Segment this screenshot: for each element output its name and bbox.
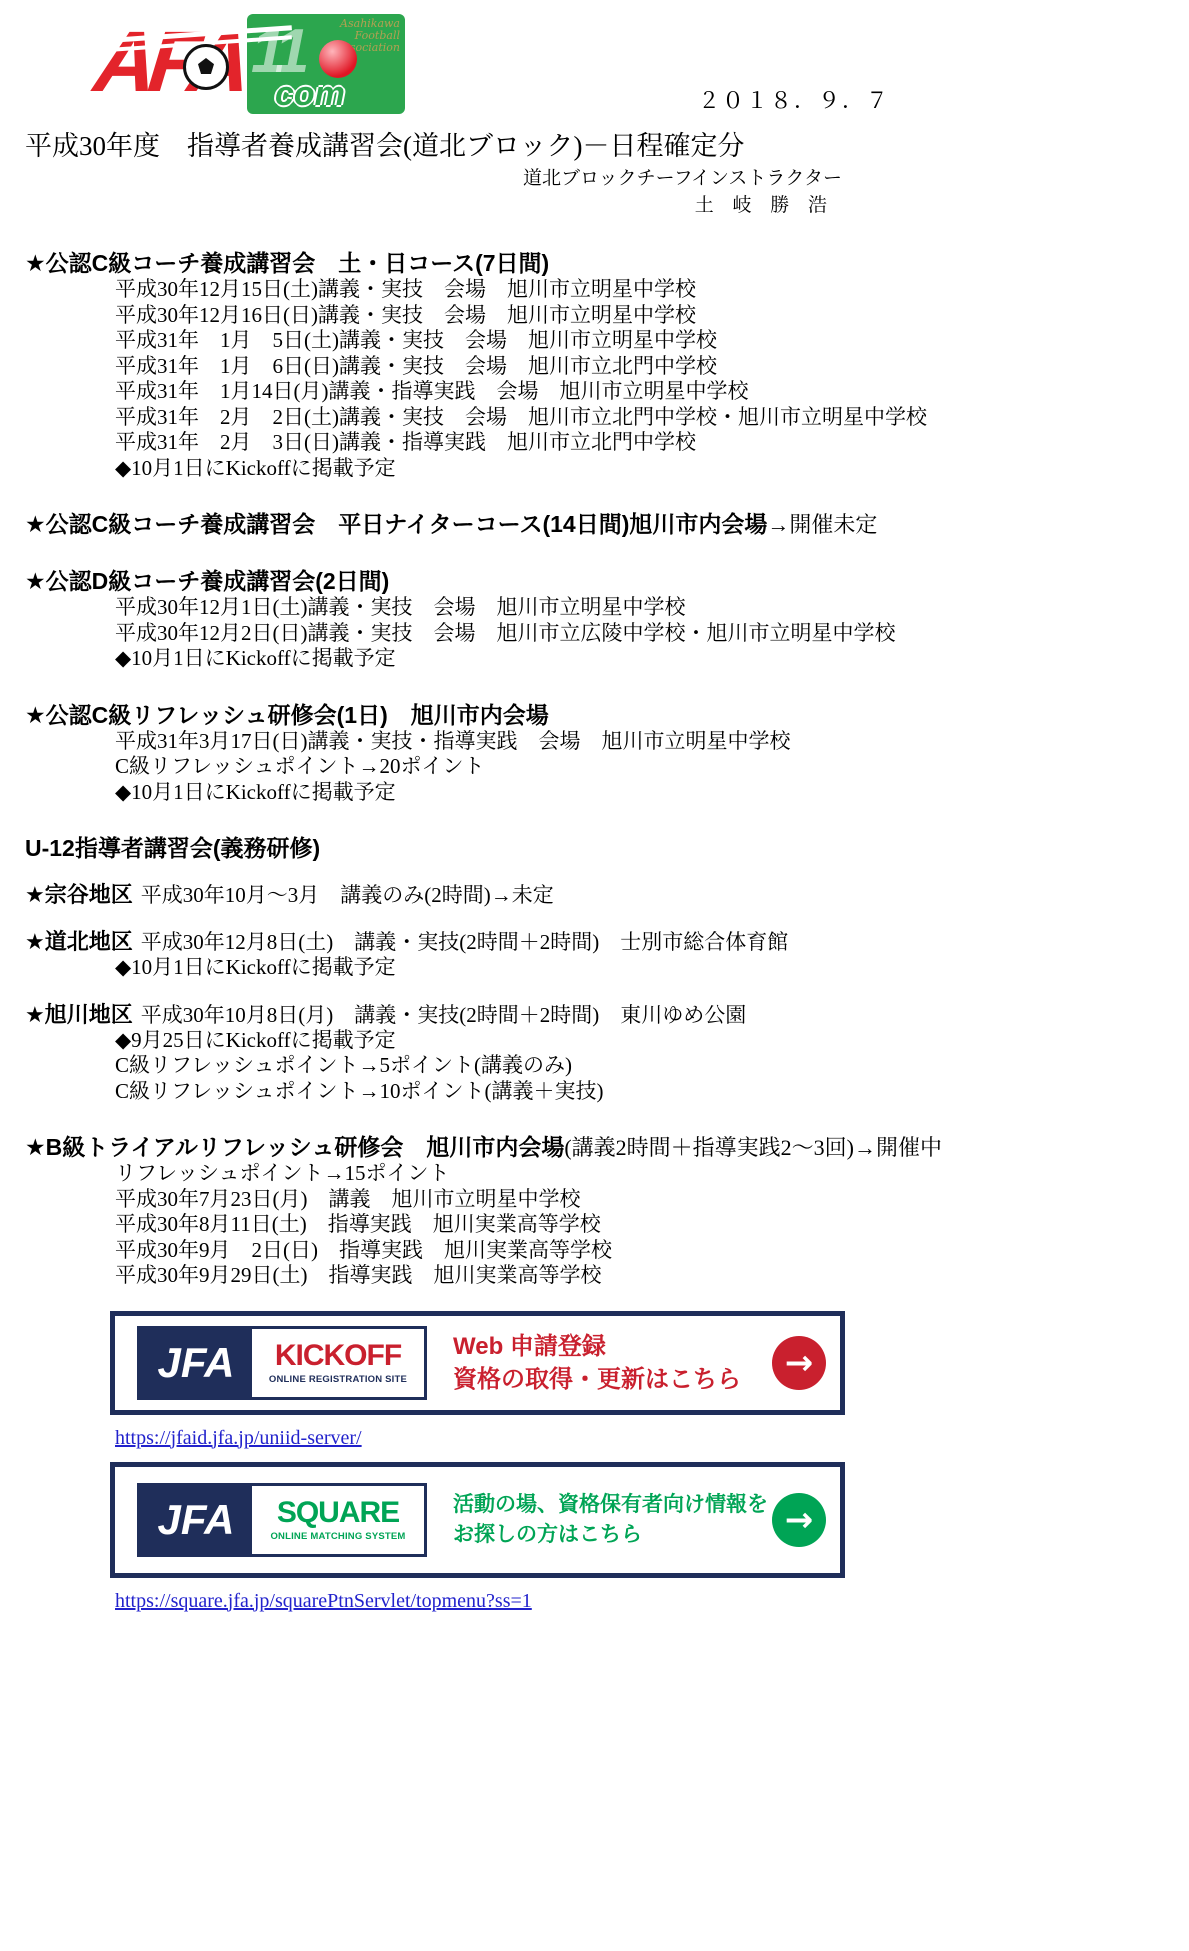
square-tagline: ONLINE MATCHING SYSTEM: [270, 1531, 405, 1542]
schedule-line: 平成31年 1月 5日(土)講義・実技 会場 旭川市立明星中学校: [115, 328, 1164, 354]
afa-logo: Asahikawa Football Association 11 com AF…: [95, 10, 410, 116]
section-heading: ★B級トライアルリフレッシュ研修会 旭川市内会場(講義2時間＋指導実践2～3回)…: [25, 1134, 1164, 1161]
kickoff-note: ◆10月1日にKickoffに掲載予定: [115, 955, 1164, 981]
refresh-points-line: リフレッシュポイント→15ポイント: [115, 1161, 1164, 1187]
section-heading: ★公認D級コーチ養成講習会(2日間): [25, 568, 1164, 595]
logo-com-text: com: [275, 75, 345, 114]
district-info: 平成30年10月～3月 講義のみ(2時間)→未定: [141, 883, 554, 907]
schedule-line: 平成30年12月1日(土)講義・実技 会場 旭川市立明星中学校: [115, 595, 1164, 621]
section-c-class-weekend: ★公認C級コーチ養成講習会 土・日コース(7日間) 平成30年12月15日(土)…: [25, 250, 1164, 481]
jfa-kickoff-logo: JFA KICKOFF ONLINE REGISTRATION SITE: [137, 1326, 427, 1400]
right-arrow-icon: →: [772, 1493, 826, 1547]
refresh-points-line: C級リフレッシュポイント→20ポイント: [115, 754, 1164, 780]
schedule-line: 平成31年 2月 2日(土)講義・実技 会場 旭川市立北門中学校・旭川市立明星中…: [115, 405, 1164, 431]
district-info: 平成30年12月8日(土) 講義・実技(2時間＋2時間) 士別市総合体育館: [141, 930, 788, 954]
section-u12: U‐12指導者講習会(義務研修) ★宗谷地区平成30年10月～3月 講義のみ(2…: [25, 835, 1164, 1104]
kickoff-note: ◆10月1日にKickoffに掲載予定: [115, 646, 1164, 672]
section-c-class-nighter: ★公認C級コーチ養成講習会 平日ナイターコース(14日間)旭川市内会場→開催未定: [25, 511, 1164, 538]
document-date: ２０１８．９．７: [698, 84, 890, 115]
red-ball-icon: [319, 40, 357, 78]
jfa-logo-text: JFA: [140, 1329, 252, 1397]
kickoff-link[interactable]: https://jfaid.jfa.jp/uniid-server/: [115, 1427, 362, 1450]
document-header: Asahikawa Football Association 11 com AF…: [25, 0, 1164, 238]
district-name: ★道北地区: [25, 929, 133, 954]
section-heading: U‐12指導者講習会(義務研修): [25, 835, 1164, 861]
schedule-line: 平成31年3月17日(日)講義・実技・指導実践 会場 旭川市立明星中学校: [115, 729, 1164, 755]
right-arrow-icon: →: [772, 1336, 826, 1390]
jfa-logo-text: JFA: [140, 1486, 252, 1554]
district-line-dohoku: ★道北地区平成30年12月8日(土) 講義・実技(2時間＋2時間) 士別市総合体…: [25, 929, 1164, 955]
district-name: ★旭川地区: [25, 1002, 133, 1027]
schedule-line: 平成30年12月2日(日)講義・実技 会場 旭川市立広陵中学校・旭川市立明星中学…: [115, 621, 1164, 647]
kickoff-banner-text: Web 申請登録 資格の取得・更新はこちら: [453, 1330, 741, 1396]
jfa-square-logo: JFA SQUARE ONLINE MATCHING SYSTEM: [137, 1483, 427, 1557]
chief-instructor-title: 道北ブロックチーフインストラクター: [523, 163, 842, 190]
district-name: ★宗谷地区: [25, 882, 133, 907]
square-link[interactable]: https://square.jfa.jp/squarePtnServlet/t…: [115, 1590, 532, 1613]
kickoff-note: ◆9月25日にKickoffに掲載予定: [115, 1028, 1164, 1054]
district-info: 平成30年10月8日(月) 講義・実技(2時間＋2時間) 東川ゆめ公園: [141, 1003, 746, 1027]
kickoff-note: ◆10月1日にKickoffに掲載予定: [115, 780, 1164, 806]
kickoff-wordmark: KICKOFF: [275, 1341, 401, 1371]
section-c-refresh: ★公認C級リフレッシュ研修会(1日) 旭川市内会場 平成31年3月17日(日)講…: [25, 702, 1164, 806]
district-line-asahikawa: ★旭川地区平成30年10月8日(月) 講義・実技(2時間＋2時間) 東川ゆめ公園: [25, 1002, 1164, 1028]
soccer-ball-icon: [183, 44, 229, 90]
section-heading: ★公認C級コーチ養成講習会 土・日コース(7日間): [25, 250, 1164, 277]
section-heading: ★公認C級コーチ養成講習会 平日ナイターコース(14日間)旭川市内会場→開催未定: [25, 511, 1164, 538]
kickoff-note: ◆10月1日にKickoffに掲載予定: [115, 456, 1164, 482]
schedule-line: 平成30年9月 2日(日) 指導実践 旭川実業高等学校: [115, 1238, 1164, 1264]
jfa-kickoff-banner[interactable]: JFA KICKOFF ONLINE REGISTRATION SITE Web…: [110, 1311, 845, 1415]
instructor-name: 土 岐 勝 浩: [695, 190, 834, 217]
district-line-soya: ★宗谷地区平成30年10月～3月 講義のみ(2時間)→未定: [25, 882, 1164, 908]
kickoff-brand-box: KICKOFF ONLINE REGISTRATION SITE: [252, 1329, 424, 1397]
refresh-points-line: C級リフレッシュポイント→10ポイント(講義＋実技): [115, 1079, 1164, 1105]
schedule-line: 平成30年7月23日(月) 講義 旭川市立明星中学校: [115, 1187, 1164, 1213]
section-d-class: ★公認D級コーチ養成講習会(2日間) 平成30年12月1日(土)講義・実技 会場…: [25, 568, 1164, 672]
schedule-line: 平成31年 1月14日(月)講義・指導実践 会場 旭川市立明星中学校: [115, 379, 1164, 405]
kickoff-tagline: ONLINE REGISTRATION SITE: [269, 1374, 407, 1385]
schedule-line: 平成30年8月11日(土) 指導実践 旭川実業高等学校: [115, 1212, 1164, 1238]
square-banner-text: 活動の場、資格保有者向け情報を お探しの方はこちら: [453, 1490, 768, 1550]
section-heading: ★公認C級リフレッシュ研修会(1日) 旭川市内会場: [25, 702, 1164, 729]
jfa-square-banner[interactable]: JFA SQUARE ONLINE MATCHING SYSTEM 活動の場、資…: [110, 1462, 845, 1578]
schedule-line: 平成31年 2月 3日(日)講義・指導実践 旭川市立北門中学校: [115, 430, 1164, 456]
page-title: 平成30年度 指導者養成講習会(道北ブロック)－日程確定分: [25, 124, 744, 163]
schedule-line: 平成30年12月16日(日)講義・実技 会場 旭川市立明星中学校: [115, 303, 1164, 329]
section-b-trial: ★B級トライアルリフレッシュ研修会 旭川市内会場(講義2時間＋指導実践2～3回)…: [25, 1134, 1164, 1289]
schedule-line: 平成31年 1月 6日(日)講義・実技 会場 旭川市立北門中学校: [115, 354, 1164, 380]
square-wordmark: SQUARE: [277, 1498, 399, 1528]
square-brand-box: SQUARE ONLINE MATCHING SYSTEM: [252, 1486, 424, 1554]
schedule-line: 平成30年12月15日(土)講義・実技 会場 旭川市立明星中学校: [115, 277, 1164, 303]
refresh-points-line: C級リフレッシュポイント→5ポイント(講義のみ): [115, 1053, 1164, 1079]
schedule-line: 平成30年9月29日(土) 指導実践 旭川実業高等学校: [115, 1263, 1164, 1289]
